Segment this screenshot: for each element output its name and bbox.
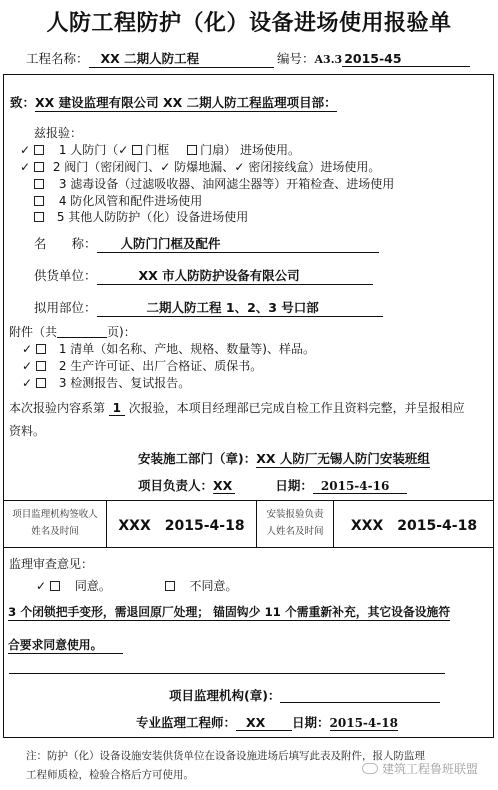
- name-field-row: 名 称：人防门门框及配件: [34, 234, 379, 253]
- check-mark-icon: ✓: [234, 160, 248, 174]
- manager-value: XX: [213, 478, 235, 494]
- check-mark-icon: ✓: [22, 342, 36, 356]
- checkbox[interactable]: [34, 162, 44, 172]
- check-mark-icon: ✓: [22, 376, 36, 390]
- review-comment-line-1: 3 个闭锁把手变形，需退回原厂处理； 锚固钩少 11 个需重新补充，其它设备设施…: [8, 603, 450, 621]
- table-bottom-border: [3, 547, 494, 548]
- check-mark-icon: ✓: [20, 160, 34, 174]
- supervisor-receiver-value: XXX 2015-4-18: [107, 515, 256, 535]
- check-mark-icon: ✓: [36, 579, 50, 593]
- statement-line-2: 资料。: [9, 422, 45, 439]
- review-comment-line-2: 合要求同意使用。: [8, 636, 123, 654]
- check-mark-icon: ✓: [22, 359, 36, 373]
- agree-label: 同意。: [75, 579, 111, 593]
- supplier-label: 供货单位：: [34, 268, 97, 283]
- name-value: 人防门门框及配件: [97, 234, 379, 253]
- supervisor-org-label: 项目监理机构(章)：: [169, 688, 280, 703]
- install-responsible-label: 安装报验负责 人姓名及时间: [257, 506, 333, 540]
- checkbox[interactable]: [36, 344, 46, 354]
- install-dept-label: 安装施工部门（章)：: [138, 451, 256, 466]
- name-label: 名 称：: [34, 236, 97, 251]
- addressee-value: XX 建设监理有限公司 XX 二期人防工程监理项目部：: [35, 93, 337, 112]
- disagree-label: 不同意。: [190, 579, 238, 593]
- disagree-checkbox[interactable]: [165, 581, 175, 591]
- report-item-3: 3 滤毒设备（过滤吸收器、油网滤尘器等）开箱检查、进场使用: [34, 175, 394, 192]
- statement-line-1: 本次报验内容系第 1 次报验，本项目经理部已完成自检工作且资料完整，并呈报相应: [9, 399, 465, 416]
- attachment-pages-value: [57, 326, 107, 338]
- addressee-label: 致：: [10, 95, 35, 110]
- manager-label: 项目负责人：: [138, 478, 213, 493]
- contractor-date-value: 2015-4-16: [313, 479, 407, 494]
- manager-row: 项目负责人：XX 日期：2015-4-16: [138, 476, 407, 494]
- check-mark-icon: ✓: [20, 143, 34, 157]
- agree-checkbox[interactable]: [50, 581, 60, 591]
- supervisor-engineer-row: 专业监理工程师：XX日期：2015-4-18: [136, 713, 398, 731]
- checkbox[interactable]: [34, 212, 44, 222]
- document-title: 人防工程防护（化）设备进场使用报验单: [0, 6, 498, 37]
- doc-number-row: 编号：A3.32015-45: [277, 49, 470, 67]
- review-label: 监理审查意见：: [9, 555, 93, 572]
- report-item-4: 4 防化风管和配件进场使用: [34, 192, 202, 209]
- engineer-label: 专业监理工程师：: [136, 715, 236, 730]
- supplier-value: XX 市人防防护设备有限公司: [97, 266, 373, 285]
- table-top-border: [3, 500, 494, 501]
- checkbox[interactable]: [34, 179, 44, 189]
- contractor-date-label: 日期：: [275, 478, 313, 493]
- checkbox[interactable]: [34, 196, 44, 206]
- location-value: 二期人防工程 1、2、3 号口部: [97, 298, 383, 317]
- supervisor-org-value: [280, 689, 440, 703]
- checkbox-door-leaf[interactable]: [187, 145, 197, 155]
- supplier-field-row: 供货单位：XX 市人防防护设备有限公司: [34, 266, 373, 285]
- supervisor-date-value: 2015-4-18: [330, 716, 398, 731]
- install-responsible-value: XXX 2015-4-18: [334, 515, 494, 535]
- attachment-item-3: ✓ 3 检测报告、复试报告。: [22, 374, 190, 391]
- supervisor-date-label: 日期：: [292, 715, 330, 730]
- wechat-icon: [362, 763, 378, 774]
- supervisor-org-row: 项目监理机构(章)：: [169, 686, 440, 704]
- check-mark-icon: ✓: [118, 143, 132, 157]
- checkbox[interactable]: [36, 378, 46, 388]
- engineer-value: XX: [236, 715, 292, 731]
- watermark-text: 建筑工程鲁班联盟: [382, 762, 478, 776]
- attachment-item-1: ✓ 1 清单（如名称、产地、规格、数量等)、样品。: [22, 340, 315, 357]
- footnote-line-2: 工程师质检，检验合格后方可使用。: [26, 767, 194, 782]
- review-options: ✓ 同意。 不同意。: [36, 577, 238, 594]
- supervisor-receiver-label: 项目监理机构签收人 姓名及时间: [4, 506, 106, 540]
- location-field-row: 拟用部位：二期人防工程 1、2、3 号口部: [34, 298, 383, 317]
- report-item-5: 5 其他人防防护（化）设备进场使用: [34, 208, 248, 225]
- location-label: 拟用部位：: [34, 300, 97, 315]
- doc-number-prefix: A3.3: [315, 53, 343, 66]
- project-name-row: 工程名称：XX 二期人防工程: [26, 49, 274, 68]
- check-mark-icon: ✓: [160, 160, 174, 174]
- doc-number-label: 编号：: [277, 51, 315, 66]
- report-item-1: ✓ 1 人防门（✓门框 门扇） 进场使用。: [20, 141, 300, 158]
- checkbox-door-frame[interactable]: [132, 145, 142, 155]
- install-dept-value: XX 人防厂无锡人防门安装班组: [256, 449, 430, 468]
- checkbox[interactable]: [36, 361, 46, 371]
- project-name-value: XX 二期人防工程: [89, 49, 274, 68]
- attachment-item-2: ✓ 2 生产许可证、出厂合格证、质保书。: [22, 357, 262, 374]
- addressee-row: 致：XX 建设监理有限公司 XX 二期人防工程监理项目部：: [10, 93, 337, 112]
- attachments-header: 附件（共页)：: [9, 323, 136, 340]
- review-blank-line: [9, 673, 445, 674]
- doc-number-value: 2015-45: [342, 51, 470, 67]
- report-intro: 兹报验：: [34, 124, 82, 141]
- project-name-label: 工程名称：: [26, 51, 89, 66]
- report-item-2: ✓ 2 阀门（密闭阀门、✓防爆地漏、✓密闭接线盒）进场使用。: [20, 158, 380, 175]
- checkbox[interactable]: [34, 145, 44, 155]
- submission-count: 1: [109, 401, 125, 416]
- install-dept-row: 安装施工部门（章)：XX 人防厂无锡人防门安装班组: [138, 449, 430, 468]
- watermark: 建筑工程鲁班联盟: [362, 760, 478, 777]
